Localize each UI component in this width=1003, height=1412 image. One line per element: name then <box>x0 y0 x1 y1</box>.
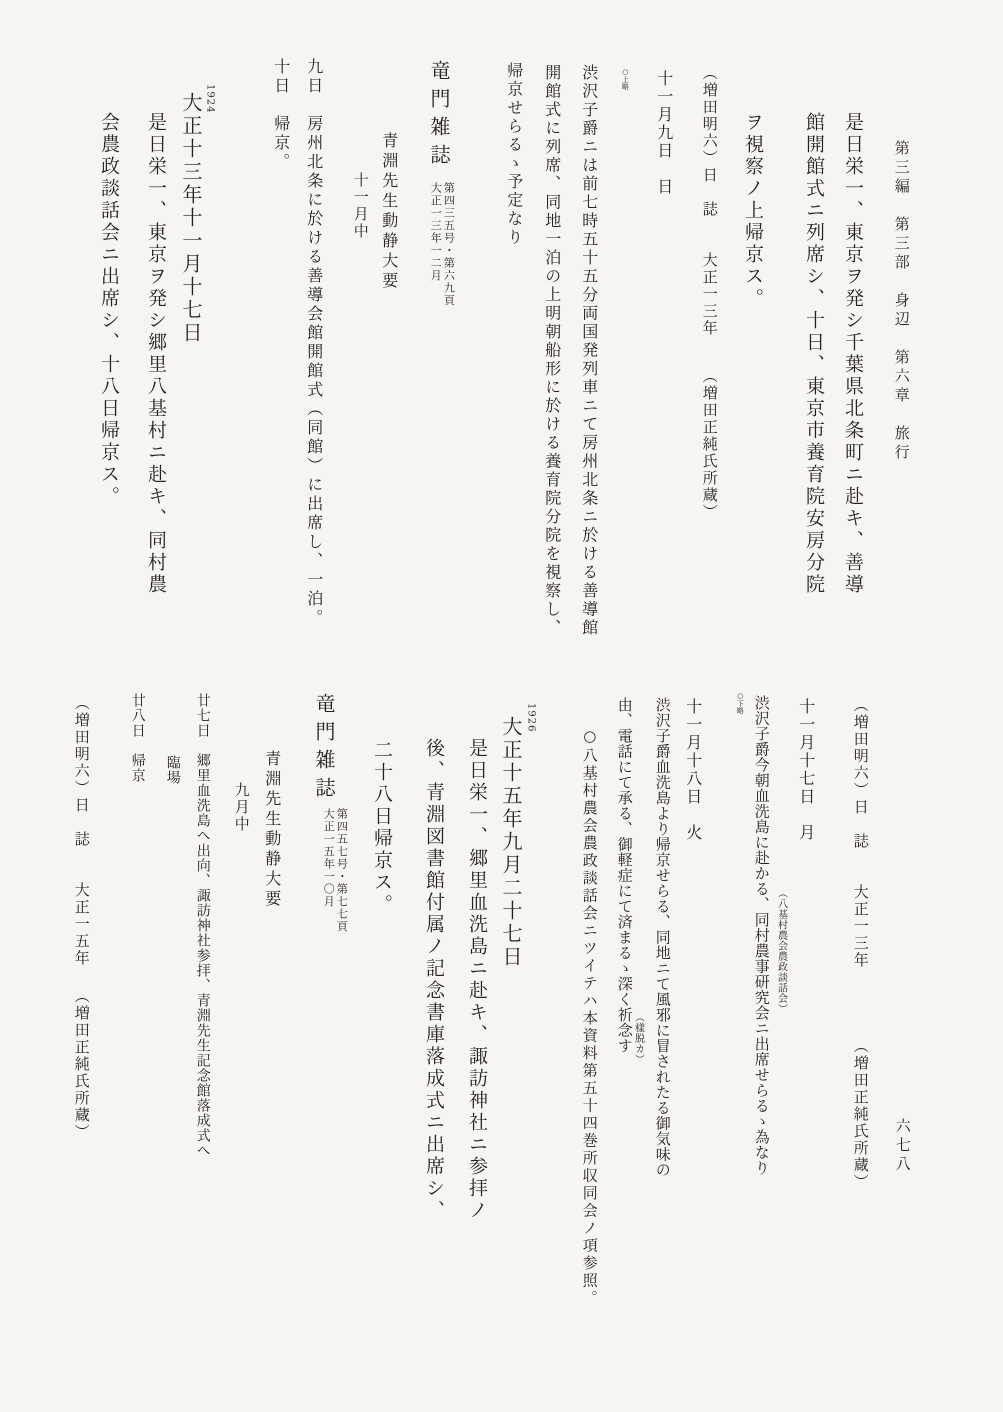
summary-column: 後、青淵図書館付属ノ記念書庫落成式ニ出席シ、 <box>423 738 443 1222</box>
quote-text: 同村農事研究会ニ出席せらるゝ為なり <box>753 912 771 1176</box>
diary-quote-column: 渋沢子爵今朝血洗島に赴かる、同村農事研究会ニ出席せらるゝ為なり <box>753 695 769 1176</box>
magazine-citation-date: 大正一五年一〇月 <box>322 808 335 933</box>
diary-quote-column: 開館式に列席、同地一泊の上明朝船形に於ける養育院分院を視察し、 <box>543 64 560 638</box>
book-page: 第三編 第三部 身辺 第六章 旅行 是日栄一、東京ヲ発シ千葉県北条町ニ赴キ、善導… <box>0 0 1003 1412</box>
diary-date: 十一月九日 日 <box>655 70 672 196</box>
diary-source: （増田明六）日 誌 大正一五年 <box>73 695 89 967</box>
diary-owner: （増田正純氏所蔵） <box>701 368 717 521</box>
magazine-section-heading: 青淵先生動静大要 <box>380 132 397 292</box>
diary-date: 十一月十八日 火 <box>684 698 701 842</box>
magazine-citation: 第四三五号・第六九頁 大正一三年一二月 <box>429 182 455 307</box>
diary-source: （増田明六）日 誌 大正一三年 <box>701 65 717 337</box>
magazine-title: 竜門雑誌 <box>428 60 449 172</box>
diary-date: 十一月十七日 月 <box>797 698 814 842</box>
abbreviation-marker: ○上略 <box>621 68 628 90</box>
summary-column: 是日栄一、東京ヲ発シ千葉県北条町ニ赴キ、善導 <box>842 112 862 596</box>
magazine-month: 十一月中 <box>352 172 368 240</box>
date-heading: 大正十五年九月二十七日 <box>500 716 521 969</box>
running-head: 第三編 第三部 身辺 第六章 旅行 <box>893 140 909 463</box>
page-number: 六七八 <box>894 1118 910 1175</box>
magazine-entry-column: 九日 房州北条に於ける善導会館開館式（同館）に出席し、一泊。 <box>305 58 322 628</box>
diary-owner: （増田正純氏所蔵） <box>73 988 89 1141</box>
summary-column: ヲ視察ノ上帰京ス。 <box>742 112 762 310</box>
diary-quote-column: 渋沢子爵ニは前七時五十五分両国発列車ニて房州北条ニ於ける善導館 <box>580 64 597 638</box>
magazine-title: 竜門雑誌 <box>313 693 334 805</box>
diary-quote-column: 帰京せらるゝ予定なり <box>505 62 522 247</box>
magazine-citation: 第四五七号・第七七頁 大正一五年一〇月 <box>322 808 348 933</box>
year-label: 1926 <box>525 703 536 732</box>
summary-column: 是日栄一、東京ヲ発シ郷里八基村ニ赴キ、同村農 <box>145 112 165 596</box>
summary-column: 是日栄一、郷里血洗島ニ赴キ、諏訪神社ニ参拝ノ <box>466 738 486 1222</box>
quote-text: 渋沢子爵今朝血洗島に赴かる、 <box>753 695 771 912</box>
magazine-section-heading: 青淵先生動静大要 <box>263 750 280 910</box>
year-label: 1924 <box>204 84 215 113</box>
diary-owner: （増田正純氏所蔵） <box>852 1038 868 1191</box>
summary-column: 会農政談話会ニ出席シ、十八日帰京ス。 <box>98 112 118 508</box>
abbreviation-marker: ○下略 <box>736 692 743 714</box>
magazine-entry-column: 十日 帰京。 <box>272 58 289 172</box>
summary-column: 二十八日帰京ス。 <box>371 740 391 916</box>
editor-note: ○八基村農会農政談話会ニツイテハ本資料第五十四巻所収同会ノ項参照。 <box>581 727 597 1308</box>
magazine-citation-issue: 第四三五号・第六九頁 <box>442 182 455 307</box>
inline-note: （樣脱カ） <box>632 1012 643 1065</box>
diary-quote-column: 渋沢子爵血洗島より帰京せらる、同地ニて風邪に冒されたる御気味の <box>654 697 670 1178</box>
magazine-entry-column: 廿七日 郷里血洗島へ出向、諏訪神社参拝、青淵先生記念館落成式へ <box>195 693 210 1158</box>
summary-column: 館開館式ニ列席シ、十日、東京市養育院安房分院 <box>803 112 823 596</box>
magazine-entry-column: 廿八日 帰京 <box>130 693 145 783</box>
diary-quote-column: 由、電話にて承る、御軽症にて済まるゝ深く祈念す <box>616 697 632 1054</box>
inline-note: （八基村農会農政談話会） <box>775 888 786 1014</box>
magazine-month: 九月中 <box>233 782 249 833</box>
magazine-citation-date: 大正一三年一二月 <box>429 182 442 307</box>
magazine-entry-column: 臨場 <box>165 755 180 785</box>
date-heading: 大正十三年十一月十七日 <box>180 92 201 345</box>
magazine-citation-issue: 第四五七号・第七七頁 <box>335 808 348 933</box>
diary-source: （増田明六）日 誌 大正一三年 <box>852 697 868 969</box>
